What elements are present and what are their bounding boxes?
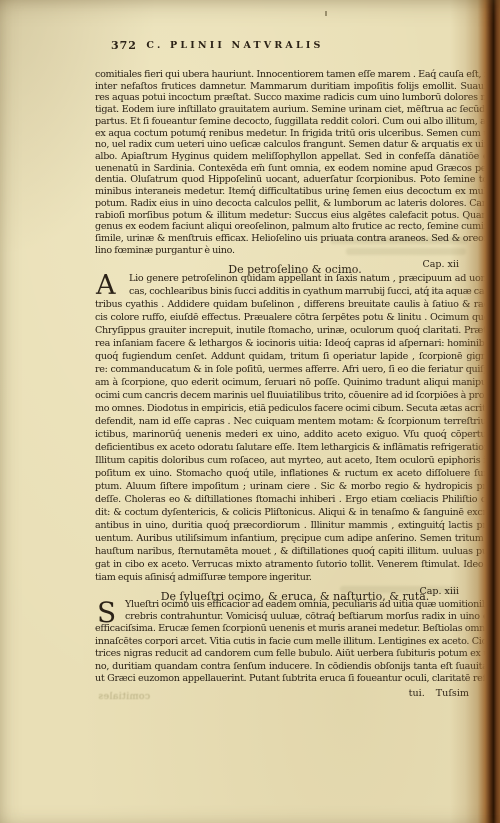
chapter-heading-row: De petroſelino & ocimo. Cap. xii [95, 258, 495, 271]
paragraph-sylvestri-ocimo: S Ylueſtri ocimo uis efficacior ad eadem… [95, 599, 495, 686]
paragraph-petroselino: A Lio genere petroſelinon quidam appella… [95, 272, 495, 584]
text-block: comitiales fieri qui ubera hauriunt. Inn… [95, 69, 495, 700]
text-line: tribus cyathis . Addidere quidam buſelin… [95, 298, 495, 311]
paper-speck [325, 11, 327, 16]
text-line: cis colore ruffo, eiuſdē effectus. Præua… [95, 311, 495, 324]
text-line: ptum. Aluum ſiſtere impoſitum ; urinam c… [95, 480, 495, 493]
text-line: rabioſi morſibus potum & illitum medetur… [95, 210, 495, 222]
text-line: no, duritiam quandam contra ſenſum induc… [95, 661, 495, 673]
text-line: no, uel radix cum ueteri uino ueſicæ cal… [95, 139, 495, 151]
text-line: ut Græci euzomon appellauerint. Putant ſ… [95, 673, 495, 685]
text-line: ocimi cum cancris decem marinis uel fluu… [95, 389, 495, 402]
drop-cap-s: S [97, 600, 116, 625]
book-page-scan: 372 C. PLINII NATVRALIS comitiales fieri… [0, 0, 500, 823]
text-line: am à ſcorpione, quo ederit ocimum, ſerua… [95, 376, 495, 389]
text-line: ex aqua coctum potumq́ renibus medetur. … [95, 128, 495, 140]
text-line: rea inſaniam facere & lethargos & iocino… [95, 337, 495, 350]
text-line: re: commanducatum & in ſole poſitū, uerm… [95, 363, 495, 376]
text-line: deficientibus ex aceto odoratu ſalutare … [95, 441, 495, 454]
text-line: dentia. Oluſatrum quod Hippoſelinū uocan… [95, 174, 495, 186]
text-line: minibus interaneis medetur. Itemq́ diffi… [95, 186, 495, 198]
text-line: quoq́ fugiendum cenſet. Addunt quidam, t… [95, 350, 495, 363]
chapter-number: Cap. xii [423, 259, 460, 270]
text-line: genus ex eodem faciunt aliqui oreoſelino… [95, 221, 495, 233]
text-line: crebris contrahuntur. Vomicisq́ uuluæ, c… [125, 611, 495, 623]
text-line: tigat. Eodem iure inſtillato grauitatem … [95, 104, 495, 116]
text-line: innaſcētes corpori arcet. Vitia cutis in… [95, 636, 495, 648]
text-line: comitiales fieri qui ubera hauriunt. Inn… [95, 69, 495, 81]
paragraph-lines: Lio genere petroſelinon quidam appellant… [95, 272, 495, 584]
text-line: cas, cochlearibus binis ſucci additis in… [129, 285, 495, 298]
text-line: Lio genere petroſelinon quidam appellant… [129, 272, 495, 285]
text-line: tiam equis aſinisq́ admiſſuræ tempore in… [95, 571, 495, 584]
text-line: partus. Et ſi foueantur ſemine decocto, … [95, 116, 495, 128]
text-line: uentum. Auribus utiliſsimum infantium, p… [95, 532, 495, 545]
text-line: ſimile, urinæ & menſtruis efficax. Helio… [95, 233, 495, 245]
text-line: dit: & coctum dyſentericis, & colicis Pl… [95, 506, 495, 519]
text-line: ictibus, marinorūq́ uenenis mederi ex ui… [95, 428, 495, 441]
paragraph-continuation: comitiales fieri qui ubera hauriunt. Inn… [95, 69, 495, 257]
text-line: poſitum ex uino. Stomacho quoq́ utile, i… [95, 467, 495, 480]
text-line: trices nigras reducit ad candorem cum fe… [95, 648, 495, 660]
catchword: Tuſsim [436, 688, 469, 699]
text-line: deſſe. Choleras eo & diſtillationes ſtom… [95, 493, 495, 506]
line-end-word: tui. [409, 688, 425, 699]
text-line: uenenatū in Sardinia. Contexēda em̄ ſunt… [95, 163, 495, 175]
text-line: mo omnes. Diodotus in empiricis, etiā pe… [95, 402, 495, 415]
text-line: res aquas potui incoctum præſtat. Succo … [95, 92, 495, 104]
chapter-number: Cap. xiii [419, 586, 459, 597]
paragraph-lines: Ylueſtri ocimo uis efficacior ad eadem o… [95, 599, 495, 686]
text-line: lino fœminæ purgantur è uino. [95, 245, 495, 257]
text-line: Chryſippus grauiter increpuit, inutile ſ… [95, 324, 495, 337]
text-line: efficaciſsima. Erucæ ſemen ſcorpionū uen… [95, 623, 495, 635]
text-line: Ylueſtri ocimo uis efficacior ad eadem o… [125, 599, 495, 611]
running-title: C. PLINII NATVRALIS [60, 40, 410, 51]
text-line: antibus in uino, duritia quoq́ præcordio… [95, 519, 495, 532]
text-line: gat in cibo ex aceto. Verrucas mixto atr… [95, 558, 495, 571]
drop-cap-a: A [96, 273, 116, 298]
text-line: defendit, nam id eſſe capras . Nec cuiqu… [95, 415, 495, 428]
text-line: albo. Apiaſtrum Hyginus quidem meliſſoph… [95, 151, 495, 163]
text-line: potum. Radix eius in uino decocta calcul… [95, 198, 495, 210]
text-line: Illitum capitis doloribus cum roſaceo, a… [95, 454, 495, 467]
text-line: inter nefaſtos frutices damnetur. Mammar… [95, 81, 495, 93]
chapter-heading-row: De ſylueſtri ocimo, & eruca, & naſturtio… [95, 585, 495, 598]
text-line: hauſtum naribus, ſternutamēta mouet , & … [95, 545, 495, 558]
catchword-row: tui.Tuſsim [95, 687, 495, 700]
